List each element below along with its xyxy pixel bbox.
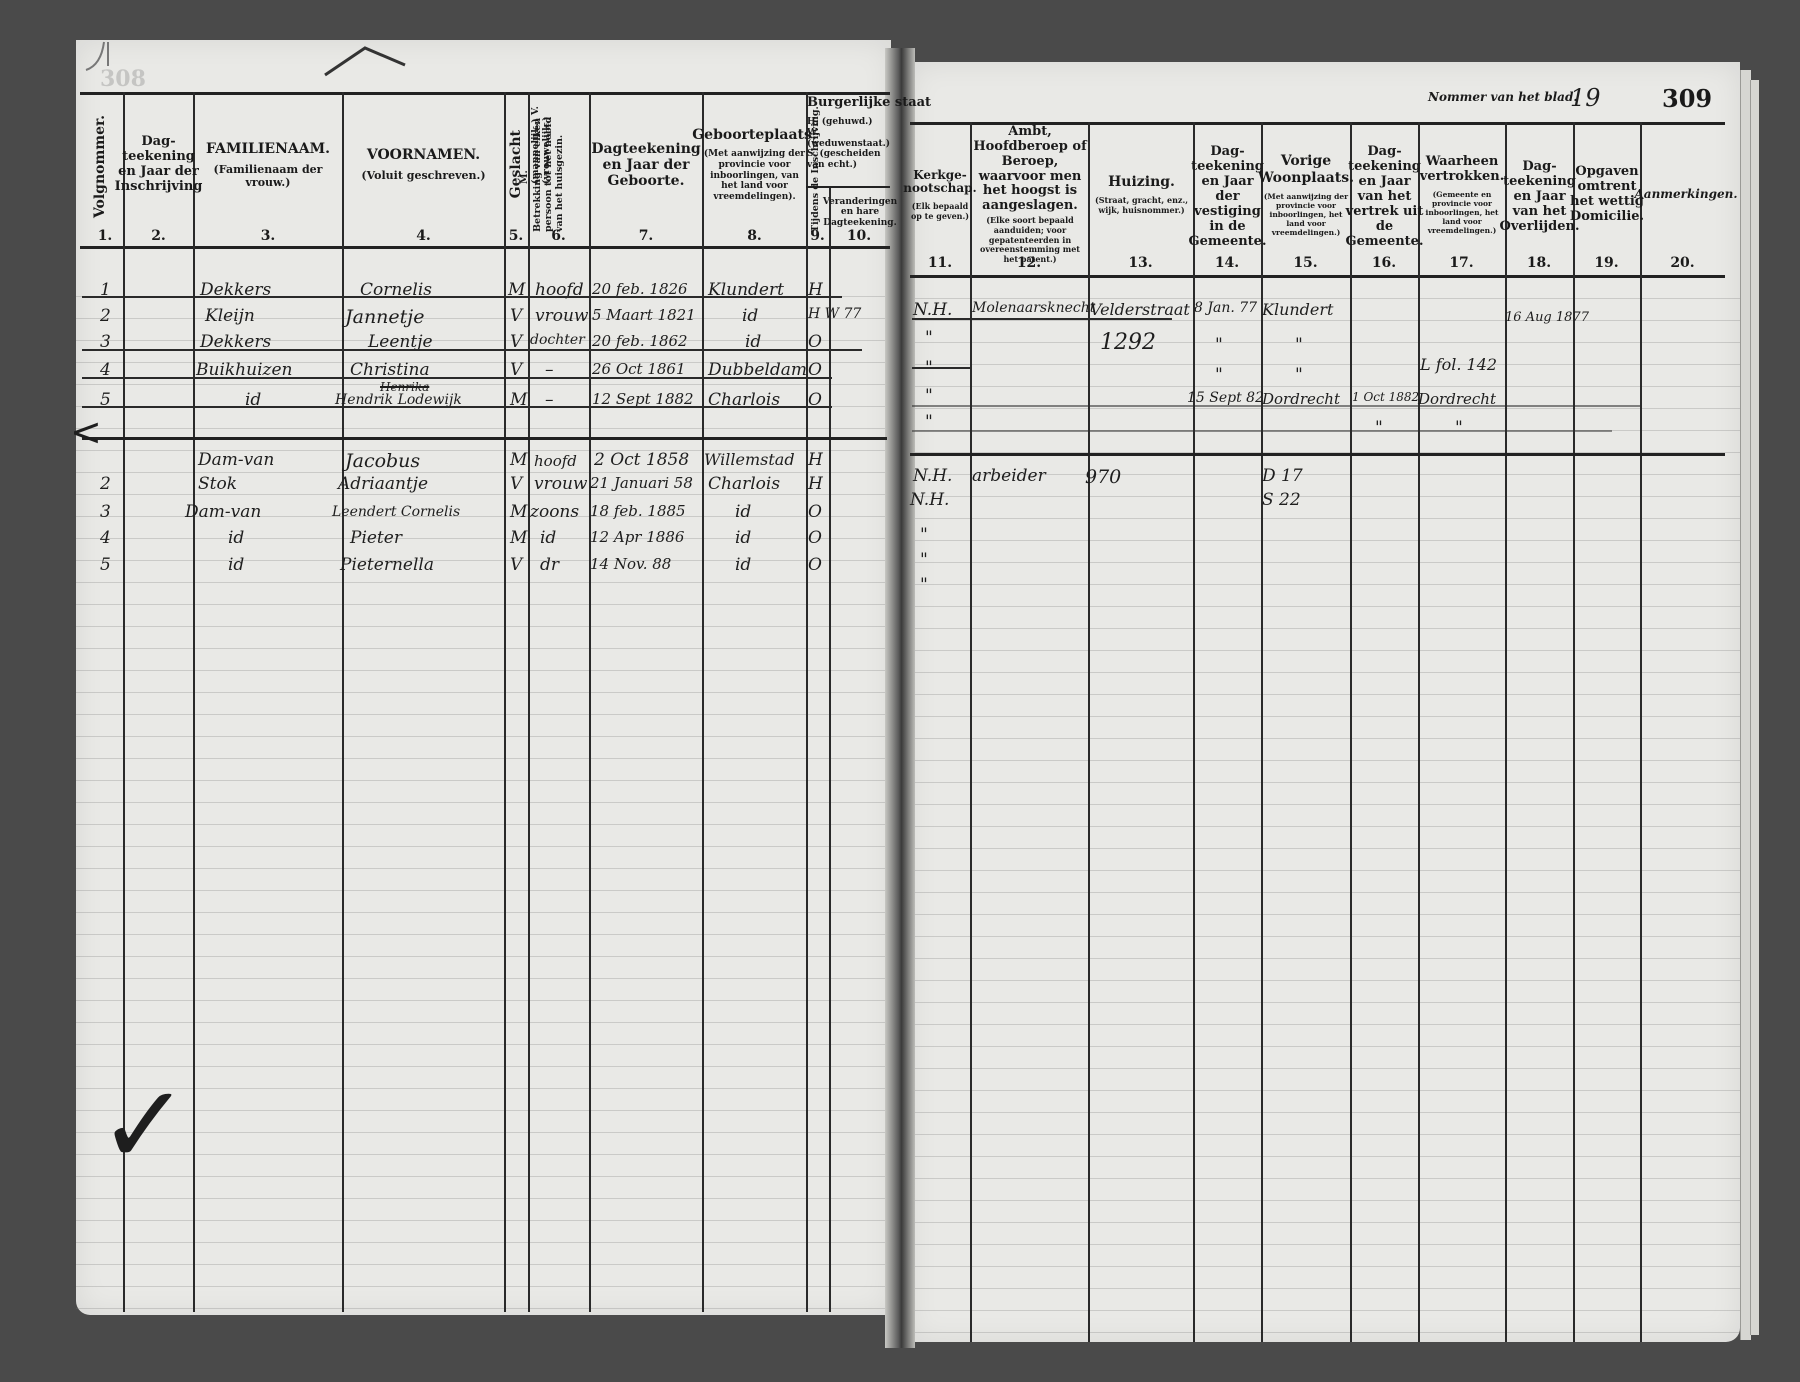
colnum-15: 15. [1261, 255, 1350, 271]
h2-r1-familienaam: Dam-van [198, 450, 274, 470]
h2-r1-beroep: arbeider [972, 466, 1046, 486]
h2-r2-staat: H [808, 474, 823, 494]
h2-r2-kerk: N.H. [910, 490, 949, 510]
geboorteplaats-note: (Met aanwijzing der provincie voor inboo… [703, 149, 806, 203]
header-bottom-rule [80, 246, 890, 249]
h2-r5-plaats: id [735, 555, 751, 575]
header-vertrek: Dag- teekening en Jaar van het vertrek u… [1351, 125, 1418, 270]
h1-r2-plaats: id [742, 306, 758, 326]
header-inschrijving: Dag- teekening en Jaar der Inschrijving [124, 100, 193, 230]
colnum-8: 8. [703, 228, 806, 244]
colnum-9: 9. [806, 228, 829, 244]
col-divider [193, 92, 195, 1312]
col-divider [702, 92, 704, 1312]
voornamen-note: (Voluit geschreven.) [361, 169, 485, 182]
header-geboorte: Dagteekening en Jaar der Geboorte. [590, 100, 702, 230]
h2-r5-geboorte: 14 Nov. 88 [590, 555, 671, 573]
h1-r2-vestiging: " [1215, 335, 1223, 355]
h1-r5-waarheen: " [1455, 418, 1463, 438]
strike-row-5-right [912, 430, 1612, 432]
col-divider [504, 92, 506, 1312]
burgerlijke-staat-label: Burgerlijke staat [807, 96, 931, 111]
h2-r1-betrekking: hoofd [534, 452, 577, 470]
h2-r5-betrekking: dr [540, 555, 559, 575]
h2-r4-staat: O [808, 528, 822, 548]
strike-row-3-right [912, 367, 972, 369]
header-volgnommer: Volgnommer. [92, 115, 108, 218]
h1-r2-betrekking: vrouw [535, 306, 588, 326]
h1-r2-staat: H W 77 [808, 306, 861, 322]
col-divider [1573, 122, 1575, 1342]
h1-r2-nr: 2 [100, 306, 111, 326]
h1-r1-huizing: Velderstraat [1090, 300, 1190, 319]
section-bracket-mark: < [70, 410, 102, 454]
strike-row-4 [82, 377, 832, 379]
ruled-lines [76, 275, 891, 1315]
colnum-1: 1. [90, 228, 120, 244]
header-tijdens-inschrijving: Tijdens de Inschrijving. [810, 192, 821, 232]
strike-row-5 [82, 406, 832, 408]
h2-r5-staat: O [808, 555, 822, 575]
header-voornamen: VOORNAMEN. (Voluit geschreven.) [343, 95, 504, 235]
colnum-6: 6. [528, 228, 589, 244]
header-domicilie: Opgaven omtrent het wettig Domicilie. [1574, 125, 1640, 265]
h2-r3-geboorte: 18 feb. 1885 [590, 502, 686, 520]
household-separator-right [910, 453, 1725, 456]
h2-r3-geslacht: M [510, 502, 527, 522]
h2-r3-voornamen: Leendert Cornelis [332, 504, 460, 520]
h2-r3-familienaam: Dam-van [185, 502, 261, 522]
h1-r1-kerk: N.H. [913, 300, 952, 320]
page-edge-stack [1750, 80, 1759, 1335]
h1-r1-vorige: Klundert [1262, 300, 1333, 319]
colnum-13: 13. [1088, 255, 1193, 271]
col-divider [528, 92, 530, 1312]
vorige-woonplaats-label: Vorige Woonplaats. [1258, 153, 1354, 185]
h1-r2-vorige: " [1295, 335, 1303, 355]
colnum-5: 5. [504, 228, 528, 244]
h2-r1-geslacht: M [510, 450, 527, 470]
h2-r2-geboorte: 21 Januari 58 [590, 474, 693, 492]
h2-r5-nr: 5 [100, 555, 111, 575]
h2-r4-plaats: id [735, 528, 751, 548]
h1-r5-kerk: " [925, 412, 933, 432]
h1-r1-beroep: Molenaarsknecht [972, 300, 1095, 316]
h2-r1-vorige: D 17 [1262, 466, 1303, 486]
h1-r1-overlijden: 16 Aug 1877 [1505, 310, 1589, 325]
col-divider [829, 186, 831, 1312]
col-divider [1640, 122, 1642, 1342]
h1-r3-betrekking: dochter [530, 332, 585, 348]
h2-r1-plaats: Willemstad [704, 450, 795, 469]
strike-row-4-right [912, 405, 1642, 407]
h2-r1-voornamen: Jacobus [345, 450, 420, 472]
col-divider [1505, 122, 1507, 1342]
strike-row-1-right [912, 318, 1172, 320]
h1-r3-geboorte: 20 feb. 1862 [592, 332, 688, 350]
h2-r3-staat: O [808, 502, 822, 522]
colnum-18: 18. [1505, 255, 1573, 271]
familienaam-note: (Familienaam der vrouw.) [194, 163, 342, 189]
h1-r2-familienaam: Kleijn [205, 306, 255, 326]
colnum-2: 2. [124, 228, 193, 244]
h1-r3-waarheen: L fol. 142 [1420, 355, 1497, 374]
h2-r4-kerk: " [920, 550, 928, 570]
colnum-7: 7. [590, 228, 702, 244]
h1-r2-geslacht: V [510, 306, 522, 326]
pencil-arc-mark-icon [76, 40, 116, 80]
header-familienaam: FAMILIENAAM. (Familienaam der vrouw.) [194, 95, 342, 235]
col-divider [806, 92, 808, 1312]
h2-r2-geslacht: V [510, 474, 522, 494]
header-beroep: Ambt, Hoofdberoep of Beroep, waarvoor me… [972, 122, 1088, 267]
h2-r4-betrekking: id [540, 528, 556, 548]
h1-r4-vertrek: 1 Oct 1882 [1352, 390, 1419, 404]
h2-r4-voornamen: Pieter [350, 528, 402, 548]
col-divider [589, 92, 591, 1312]
header-vorige-woonplaats: Vorige Woonplaats. (Met aanwijzing der p… [1262, 125, 1350, 265]
h2-r3-betrekking: zoons [530, 502, 579, 522]
h1-r2-kerk: " [925, 328, 933, 348]
h2-r2-familienaam: Stok [198, 474, 237, 494]
h2-r5-familienaam: id [228, 555, 244, 575]
checkmark-icon: ✓ [98, 1070, 190, 1180]
h1-r4-geboorte: 26 Oct 1861 [592, 360, 686, 378]
h2-r4-geboorte: 12 Apr 1886 [590, 528, 684, 546]
header-betrekking: Betrekking van elken persoon tot het hoo… [532, 102, 586, 232]
beroep-label: Ambt, Hoofdberoep of Beroep, waarvoor me… [972, 125, 1088, 215]
colnum-17: 17. [1418, 255, 1505, 271]
kerkgenootschap-label: Kerkge- nootschap. [903, 169, 976, 197]
header-huizing: Huizing. (Straat, gracht, enz., wijk, hu… [1090, 125, 1193, 265]
colnum-4: 4. [343, 228, 504, 244]
page-number: 309 [1662, 84, 1712, 113]
colnum-16: 16. [1350, 255, 1418, 271]
voornamen-label: VOORNAMEN. [367, 147, 480, 163]
header-overlijden: Dag- teekening en Jaar van het Overlijde… [1506, 125, 1573, 270]
h2-r2-vorige: S 22 [1262, 490, 1301, 510]
familienaam-label: FAMILIENAAM. [206, 141, 330, 157]
col-divider [1350, 122, 1352, 1342]
household-separator-left [82, 437, 887, 440]
h1-r2-geboorte: 5 Maart 1821 [592, 306, 696, 324]
h2-r2-nr: 2 [100, 474, 111, 494]
sheet-number: 19 [1570, 84, 1601, 112]
strike-row-1 [82, 296, 842, 298]
header-vestiging: Dag- teekening en Jaar der vestiging in … [1194, 125, 1261, 270]
h2-r2-voornamen: Adriaantje [338, 474, 428, 494]
h2-r1-huizing: 970 [1085, 466, 1121, 488]
h1-r3-vorige: " [1295, 365, 1303, 385]
header-waarheen: Waarheen vertrokken. (Gemeente en provin… [1419, 125, 1505, 265]
h1-r1-vestiging: 8 Jan. 77 [1194, 300, 1257, 316]
h2-r5-geslacht: V [510, 555, 522, 575]
waarheen-label: Waarheen vertrokken. [1419, 155, 1505, 185]
h2-r3-nr: 3 [100, 502, 111, 522]
h1-r2-huizing: 1292 [1100, 330, 1156, 355]
h2-r4-nr: 4 [100, 528, 111, 548]
waarheen-note: (Gemeente en provincie voor inboorlingen… [1419, 190, 1505, 235]
strike-row-3 [82, 349, 862, 351]
header-aanmerkingen: Aanmerkingen. [1641, 125, 1731, 265]
h2-r5-voornamen: Pieternella [340, 555, 434, 575]
h2-r4-geslacht: M [510, 528, 527, 548]
vorige-woonplaats-note: (Met aanwijzing der provincie voor inboo… [1262, 192, 1350, 237]
h2-r1-staat: H [808, 450, 823, 470]
h2-r1-kerk: N.H. [913, 466, 952, 486]
colnum-19: 19. [1573, 255, 1640, 271]
h1-r4-vestiging: 15 Sept 82 [1187, 390, 1264, 406]
h2-r4-familienaam: id [228, 528, 244, 548]
huizing-note: (Straat, gracht, enz., wijk, huisnommer.… [1090, 196, 1193, 215]
col-divider [342, 92, 344, 1312]
h2-r3-kerk: " [920, 525, 928, 545]
ruled-lines [910, 277, 1740, 1342]
colnum-10: 10. [829, 228, 889, 244]
colnum-14: 14. [1193, 255, 1261, 271]
h1-r3-vestiging: " [1215, 365, 1223, 385]
colnum-11: 11. [910, 255, 970, 271]
h1-r5-vertrek: " [1375, 418, 1383, 438]
header-kerkgenootschap: Kerkge- nootschap. (Elk bepaald op te ge… [910, 125, 970, 265]
header-geboorteplaats: Geboorteplaats. (Met aanwijzing der prov… [703, 100, 806, 230]
h1-r4-kerk: " [925, 386, 933, 406]
h1-r2-voornamen: Jannetje [345, 306, 424, 328]
colnum-3: 3. [194, 228, 342, 244]
huizing-label: Huizing. [1108, 174, 1175, 190]
header-bottom-rule [910, 275, 1725, 278]
h2-r5-kerk: " [920, 575, 928, 595]
h2-r2-plaats: Charlois [708, 474, 780, 494]
colnum-12: 12. [970, 255, 1088, 271]
h2-r3-plaats: id [735, 502, 751, 522]
col-divider [1418, 122, 1420, 1342]
colnum-20: 20. [1640, 255, 1725, 271]
geboorteplaats-label: Geboorteplaats. [692, 127, 817, 143]
pencil-cross-mark-icon [320, 40, 410, 80]
h2-r2-betrekking: vrouw [534, 474, 587, 494]
sheet-number-label: Nommer van het blad. [1428, 90, 1578, 104]
h2-r1-geboorte: 2 Oct 1858 [594, 450, 689, 470]
kerkgenootschap-note: (Elk bepaald op te geven.) [910, 202, 970, 221]
